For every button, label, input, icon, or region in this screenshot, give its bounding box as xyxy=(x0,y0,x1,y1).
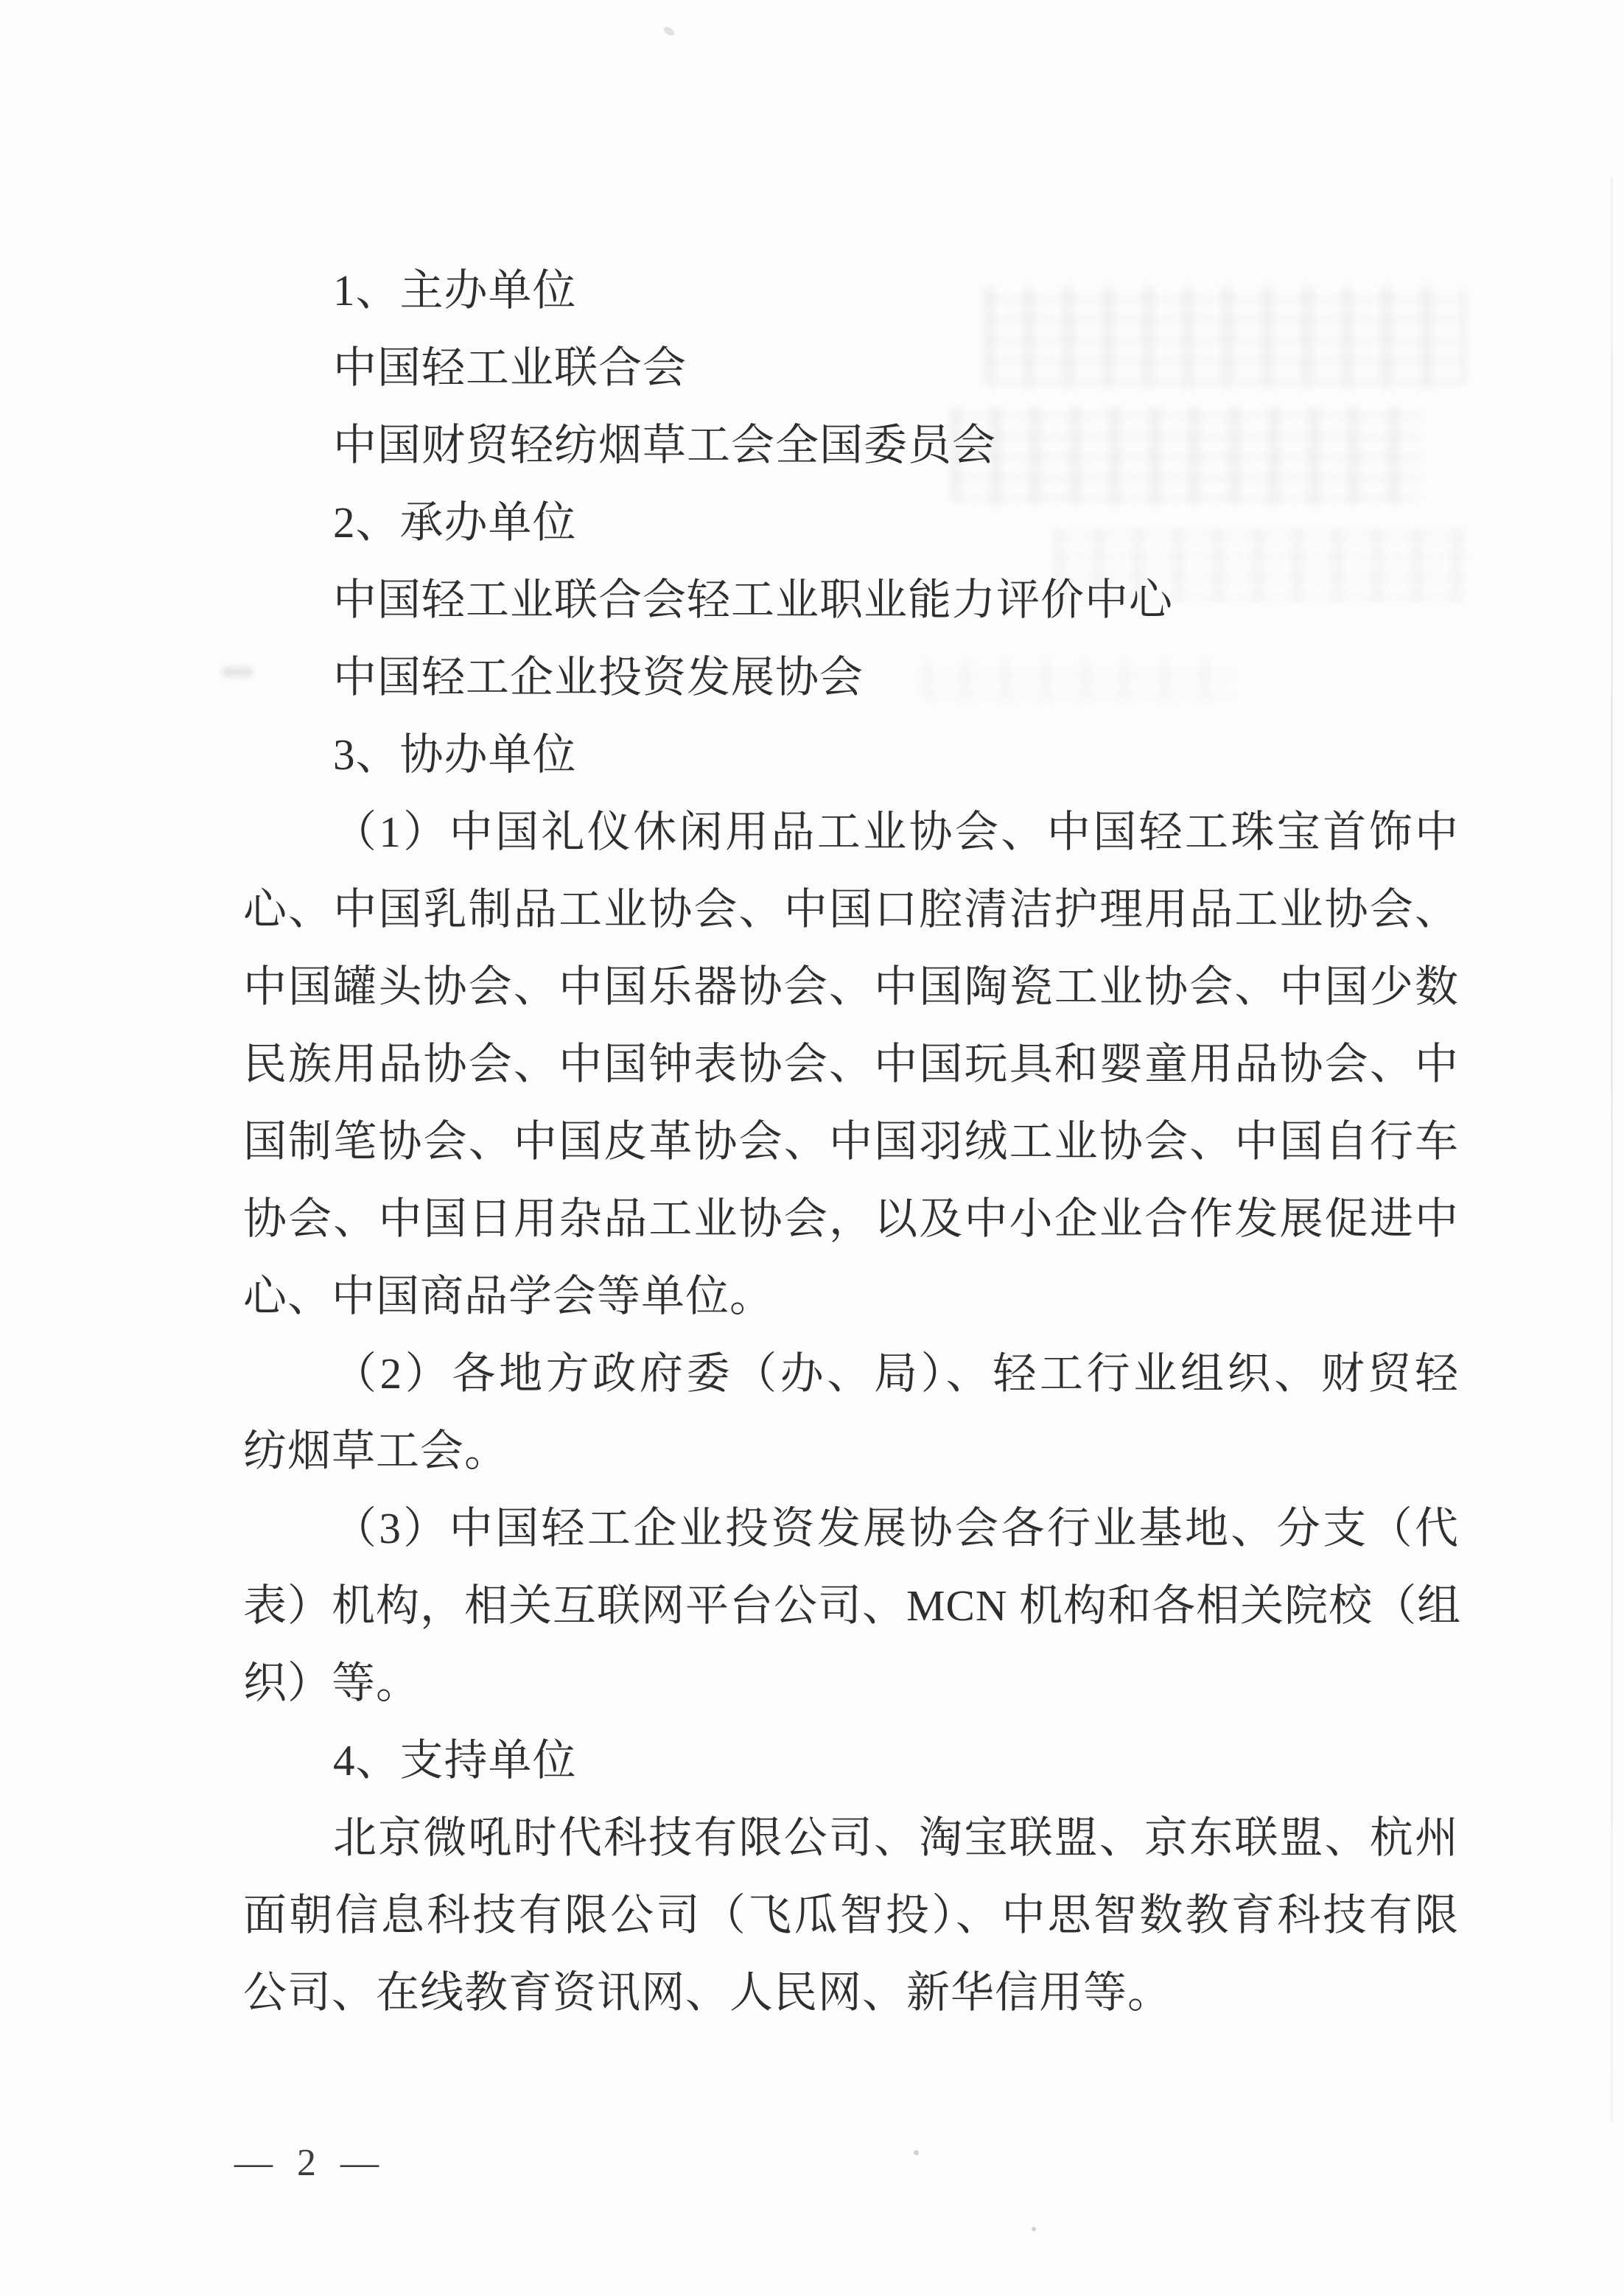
text-line: （1）中国礼仪休闲用品工业协会、中国轻工珠宝首饰中 xyxy=(243,794,1459,871)
text-line: 表）机构，相关互联网平台公司、MCN 机构和各相关院校（组 xyxy=(243,1567,1459,1645)
text-line: 纺烟草工会。 xyxy=(243,1413,1459,1490)
text-line: 面朝信息科技有限公司（飞瓜智投）、中思智数教育科技有限 xyxy=(243,1877,1459,1954)
text-line: 中国轻工业联合会轻工业职业能力评价中心 xyxy=(243,561,1459,639)
text-line: 北京微吼时代科技有限公司、淘宝联盟、京东联盟、杭州 xyxy=(243,1799,1459,1877)
scan-speck xyxy=(1032,2227,1036,2231)
text-line: （3）中国轻工企业投资发展协会各行业基地、分支（代 xyxy=(243,1490,1459,1567)
text-line: 3、协办单位 xyxy=(243,716,1459,794)
text-line: 4、支持单位 xyxy=(243,1722,1459,1799)
text-line: 中国轻工企业投资发展协会 xyxy=(243,639,1459,716)
scan-speck xyxy=(662,25,676,38)
text-line: 民族用品协会、中国钟表协会、中国玩具和婴童用品协会、中 xyxy=(243,1026,1459,1103)
document-page: 1、主办单位 中国轻工业联合会 中国财贸轻纺烟草工会全国委员会 2、承办单位 中… xyxy=(0,0,1624,2296)
text-line: （2）各地方政府委（办、局）、轻工行业组织、财贸轻 xyxy=(243,1335,1459,1413)
text-line: 中国罐头协会、中国乐器协会、中国陶瓷工业协会、中国少数 xyxy=(243,948,1459,1026)
text-line: 心、中国乳制品工业协会、中国口腔清洁护理用品工业协会、 xyxy=(243,871,1459,948)
text-line: 心、中国商品学会等单位。 xyxy=(243,1258,1459,1335)
text-line: 织）等。 xyxy=(243,1645,1459,1722)
text-line: 中国轻工业联合会 xyxy=(243,329,1459,407)
text-line: 2、承办单位 xyxy=(243,484,1459,561)
text-line: 公司、在线教育资讯网、人民网、新华信用等。 xyxy=(243,1954,1459,2031)
text-line: 国制笔协会、中国皮革协会、中国羽绒工业协会、中国自行车 xyxy=(243,1103,1459,1180)
scan-speck xyxy=(914,2150,919,2155)
text-line: 1、主办单位 xyxy=(243,252,1459,329)
page-number: — 2 — xyxy=(234,2134,386,2193)
scan-edge-line xyxy=(1611,177,1613,2122)
document-body: 1、主办单位 中国轻工业联合会 中国财贸轻纺烟草工会全国委员会 2、承办单位 中… xyxy=(243,252,1459,2031)
text-line: 中国财贸轻纺烟草工会全国委员会 xyxy=(243,407,1459,484)
text-line: 协会、中国日用杂品工业协会，以及中小企业合作发展促进中 xyxy=(243,1180,1459,1258)
